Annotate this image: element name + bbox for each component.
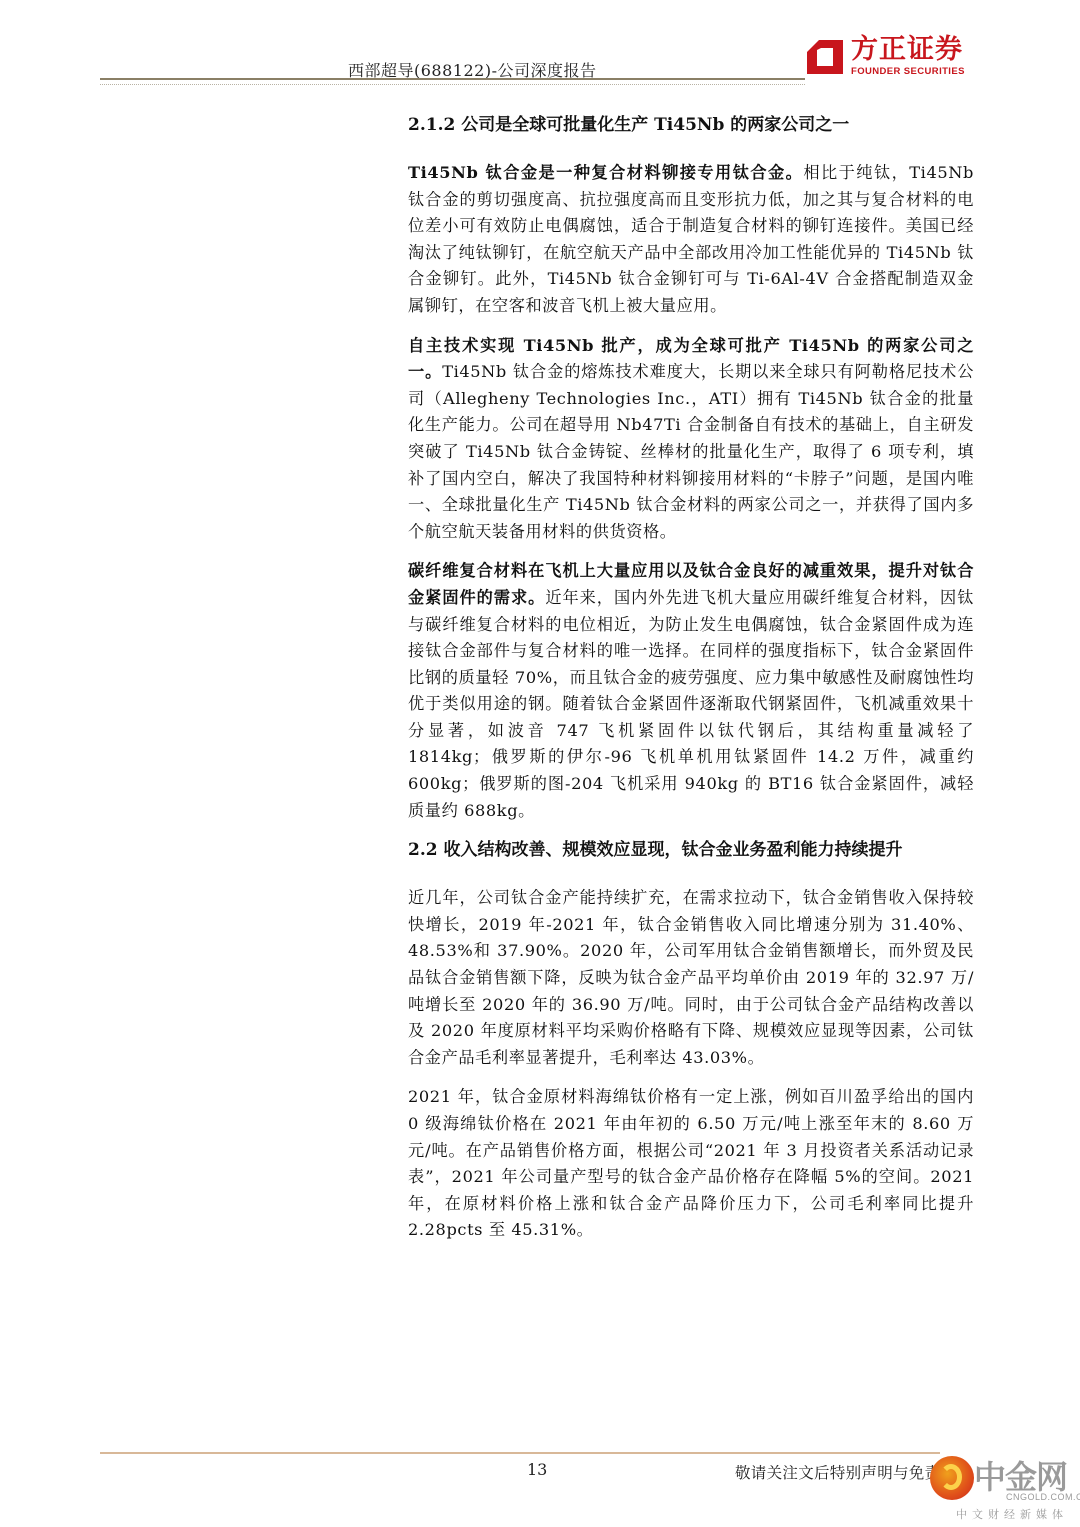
watermark-sub: 中文财经新媒体 <box>956 1506 1068 1522</box>
footer-divider <box>100 1452 940 1454</box>
header-divider <box>100 78 805 80</box>
paragraph-mass-production: 自主技术实现 Ti45Nb 批产，成为全球可批产 Ti45Nb 的两家公司之一。… <box>408 333 974 546</box>
paragraph-fastener-demand: 碳纤维复合材料在飞机上大量应用以及钛合金良好的减重效果，提升对钛合金紧固件的需求… <box>408 558 974 824</box>
cngold-watermark: 中金网 CNGOLD.COM.CN 中文财经新媒体 <box>930 1456 1080 1526</box>
founder-logo-mark-icon <box>805 38 845 76</box>
watermark-en: CNGOLD.COM.CN <box>1006 1492 1080 1502</box>
cngold-logo-icon <box>930 1456 974 1500</box>
header-divider-dotted <box>100 84 805 85</box>
paragraph-revenue-growth: 近几年，公司钛合金产能持续扩充，在需求拉动下，钛合金销售收入保持较快增长，201… <box>408 885 974 1071</box>
paragraph-body: 近年来，国内外先进飞机大量应用碳纤维复合材料，因钛与碳纤维复合材料的电位相近，为… <box>408 588 974 820</box>
page-number: 13 <box>527 1460 547 1479</box>
paragraph-body: 近几年，公司钛合金产能持续扩充，在需求拉动下，钛合金销售收入保持较快增长，201… <box>408 888 974 1067</box>
paragraph-body: Ti45Nb 钛合金的熔炼技术难度大，长期以来全球只有阿勒格尼技术公司（Alle… <box>408 362 974 541</box>
paragraph-raw-material-2021: 2021 年，钛合金原材料海绵钛价格有一定上涨，例如百川盈孚给出的国内 0 级海… <box>408 1084 974 1244</box>
paragraph-ti45nb-intro: Ti45Nb 钛合金是一种复合材料铆接专用钛合金。相比于纯钛，Ti45Nb 钛合… <box>408 160 974 320</box>
paragraph-lead: Ti45Nb 钛合金是一种复合材料铆接专用钛合金。 <box>408 163 803 182</box>
section-heading-2-2: 2.2 收入结构改善、规模效应显现，钛合金业务盈利能力持续提升 <box>408 837 974 863</box>
paragraph-body: 相比于纯钛，Ti45Nb 钛合金的剪切强度高、抗拉强度高而且变形抗力低，加之其与… <box>408 163 974 315</box>
brand-name-cn: 方正证券 <box>851 34 963 66</box>
section-heading-2-1-2: 2.1.2 公司是全球可批量化生产 Ti45Nb 的两家公司之一 <box>408 112 974 138</box>
report-body: 2.1.2 公司是全球可批量化生产 Ti45Nb 的两家公司之一 Ti45Nb … <box>408 112 974 1244</box>
paragraph-body: 2021 年，钛合金原材料海绵钛价格有一定上涨，例如百川盈孚给出的国内 0 级海… <box>408 1087 974 1239</box>
founder-securities-logo: 方正证券 FOUNDER SECURITIES <box>805 34 975 80</box>
brand-name-en: FOUNDER SECURITIES <box>851 66 965 77</box>
